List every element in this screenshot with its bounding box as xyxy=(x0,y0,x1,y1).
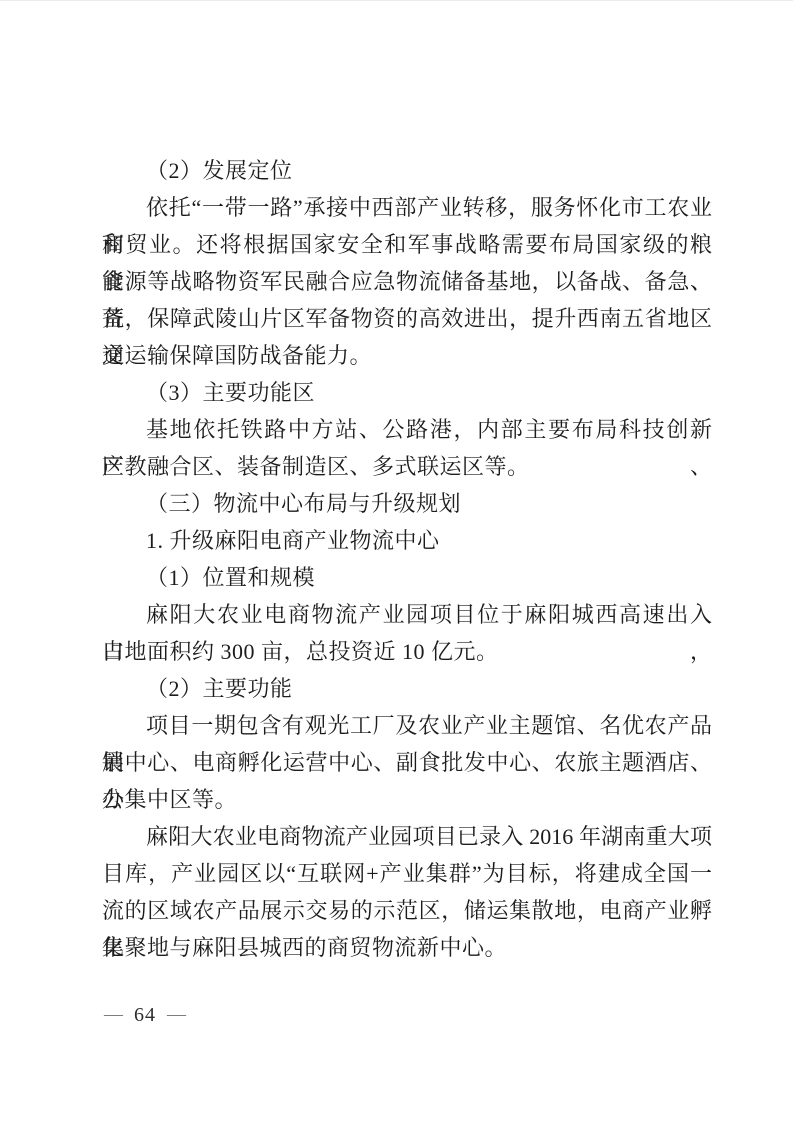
paragraph-line: 通运输保障国防战备能力。 xyxy=(102,337,712,374)
paragraph-line: 集聚地与麻阳县城西的商贸物流新中心。 xyxy=(102,929,712,966)
page-number: — 64 — xyxy=(104,1002,186,1028)
page-number-value: 64 xyxy=(134,1004,156,1027)
paragraph-line: 公集中区等。 xyxy=(102,781,712,818)
page-number-left-dash: — xyxy=(104,1004,123,1026)
paragraph-line: 能源等战略物资军民融合应急物流储备基地，以备战、备急、备 xyxy=(102,263,712,300)
paragraph-line: 基地依托铁路中方站、公路港，内部主要布局科技创新区、 xyxy=(102,411,712,448)
heading-development-positioning: （2）发展定位 xyxy=(102,152,712,189)
heading-main-functional-zones: （3）主要功能区 xyxy=(102,374,712,411)
paragraph-line: 目库，产业园区以“互联网+产业集群”为目标，将建成全国一 xyxy=(102,855,712,892)
paragraph-line: 麻阳大农业电商物流产业园项目已录入 2016 年湖南重大项 xyxy=(102,818,712,855)
paragraph-line: 流的区域农产品展示交易的示范区，储运集散地，电商产业孵化 xyxy=(102,892,712,929)
page-number-right-dash: — xyxy=(167,1004,186,1026)
heading-main-functions: （2）主要功能 xyxy=(102,670,712,707)
heading-upgrade-mayang-center: 1. 升级麻阳电商产业物流中心 xyxy=(102,522,712,559)
document-page: （2）发展定位 依托“一带一路”承接中西部产业转移，服务怀化市工农业和 商贸业。… xyxy=(0,0,793,1122)
paragraph-line: 销中心、电商孵化运营中心、副食批发中心、农旅主题酒店、办 xyxy=(102,744,712,781)
paragraph-line: 依托“一带一路”承接中西部产业转移，服务怀化市工农业和 xyxy=(102,189,712,226)
paragraph-line: 荒，保障武陵山片区军备物资的高效进出，提升西南五省地区交 xyxy=(102,300,712,337)
paragraph-line: 项目一期包含有观光工厂及农业产业主题馆、名优农产品展 xyxy=(102,707,712,744)
heading-logistics-center-layout: （三）物流中心布局与升级规划 xyxy=(102,485,712,522)
heading-location-and-scale: （1）位置和规模 xyxy=(102,559,712,596)
paragraph-line: 麻阳大农业电商物流产业园项目位于麻阳城西高速出入口， xyxy=(102,596,712,633)
document-body: （2）发展定位 依托“一带一路”承接中西部产业转移，服务怀化市工农业和 商贸业。… xyxy=(102,152,712,966)
paragraph-line: 商贸业。还将根据国家安全和军事战略需要布局国家级的粮食、 xyxy=(102,226,712,263)
